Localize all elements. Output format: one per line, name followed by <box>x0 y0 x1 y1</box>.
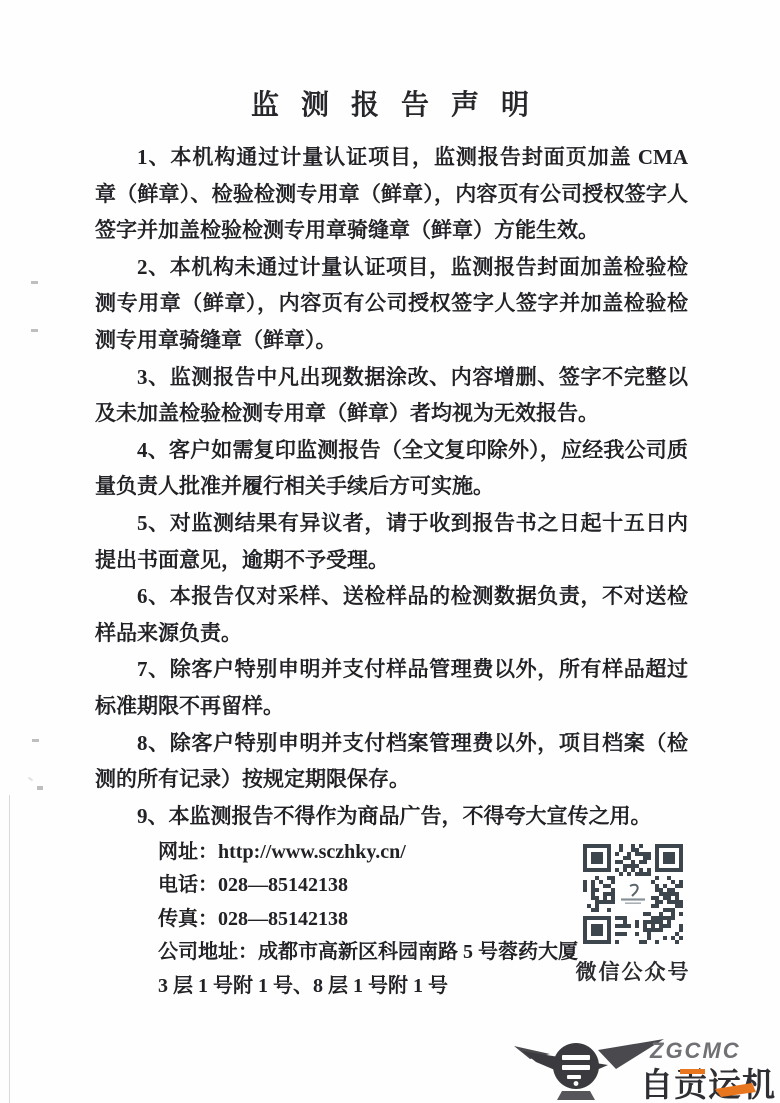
logo-drum-slot-2 <box>562 1065 590 1070</box>
contact-phone: 电话：028—85142138 <box>158 869 578 902</box>
logo-drum-dot <box>574 1081 579 1086</box>
scan-speck <box>32 739 39 742</box>
statement-paragraph-1: 1、本机构通过计量认证项目，监测报告封面页加盖 CMA 章（鲜章）、检验检测专用… <box>95 139 688 249</box>
contact-address-line1: 公司地址：成都市高新区科园南路 5 号蓉药大厦 <box>158 936 578 969</box>
contact-fax: 传真：028—85142138 <box>158 903 578 936</box>
statement-paragraph-2: 2、本机构未通过计量认证项目，监测报告封面加盖检验检测专用章（鲜章），内容页有公… <box>95 249 688 359</box>
scan-speck <box>28 777 33 782</box>
logo-orange-accent-1 <box>680 1069 705 1074</box>
scan-edge-line <box>9 795 10 1103</box>
statement-body: 1、本机构通过计量认证项目，监测报告封面页加盖 CMA 章（鲜章）、检验检测专用… <box>95 139 688 834</box>
logo-pedestal <box>557 1091 595 1100</box>
contact-address-line2: 3 层 1 号附 1 号、8 层 1 号附 1 号 <box>158 970 578 1003</box>
statement-paragraph-5: 5、对监测结果有异议者，请于收到报告书之日起十五日内提出书面意见，逾期不予受理。 <box>95 505 688 578</box>
qr-caption: 微信公众号 <box>566 956 700 986</box>
contact-website: 网址：http://www.sczhky.cn/ <box>158 836 578 869</box>
statement-paragraph-9: 9、本监测报告不得作为商品广告，不得夸大宣传之用。 <box>95 798 688 835</box>
scan-speck <box>37 786 43 790</box>
wechat-qr-code <box>580 841 686 952</box>
statement-paragraph-3: 3、监测报告中凡出现数据涂改、内容增删、签字不完整以及未加盖检验检测专用章（鲜章… <box>95 359 688 432</box>
statement-paragraph-8: 8、除客户特别申明并支付档案管理费以外，项目档案（检测的所有记录）按规定期限保存… <box>95 725 688 798</box>
logo-drum-slot-1 <box>562 1055 590 1060</box>
scan-speck <box>31 329 38 332</box>
statement-paragraph-7: 7、除客户特别申明并支付样品管理费以外，所有样品超过标准期限不再留样。 <box>95 651 688 724</box>
company-logo-watermark: ZGCMC 自贡运机 <box>514 1032 778 1102</box>
logo-chinese-text: 自贡运机 <box>640 1066 776 1102</box>
logo-drum-slot-3 <box>567 1075 581 1079</box>
statement-paragraph-6: 6、本报告仅对采样、送检样品的检测数据负责，不对送检样品来源负责。 <box>95 578 688 651</box>
statement-paragraph-4: 4、客户如需复印监测报告（全文复印除外），应经我公司质量负责人批准并履行相关手续… <box>95 432 688 505</box>
qr-code-image <box>580 841 686 947</box>
contact-block: 网址：http://www.sczhky.cn/ 电话：028—85142138… <box>158 836 578 1003</box>
logo-latin-text: ZGCMC <box>649 1038 741 1063</box>
scan-speck <box>31 281 38 284</box>
page-title: 监测报告声明 <box>0 83 780 123</box>
